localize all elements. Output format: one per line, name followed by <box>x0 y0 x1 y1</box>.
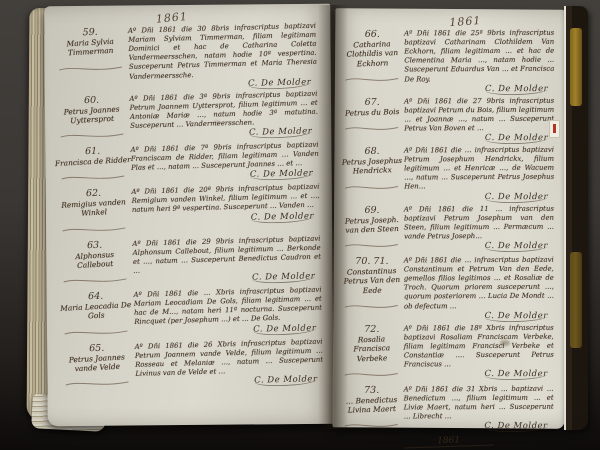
register-entry: 73. … Benedictus Livina Maert Aº Dñi 186… <box>340 384 558 433</box>
entry-margin: 68. Petrus Josephus Hendrickx <box>340 146 404 202</box>
entry-body-column: Aº Dñi 1861 die … Xbris infrascriptus ba… <box>134 287 327 340</box>
spine-label-mark <box>553 124 556 133</box>
entry-signature: C. De Molder <box>404 241 558 251</box>
entry-text: Aº Dñi 1861 die … Xbris infrascriptus ba… <box>133 286 326 328</box>
entry-body-column: Aº Dñi 1861 die 18ª Xbris infrascriptus … <box>404 324 558 382</box>
entry-text: Aº Dñi 1861 die 26 Xbris infrascriptus b… <box>135 337 328 379</box>
entry-body-column: Aº Dñi 1861 die 26 Xbris infrascriptus b… <box>135 338 328 391</box>
register-entry: 72. Rosalia Francisca Verbeke Aº Dñi 186… <box>340 324 558 382</box>
register-entry: 67. Petrus du Bois Aº Dñi 1861 die 27 9b… <box>340 96 558 143</box>
right-page-footer-year: 1861 <box>403 435 493 449</box>
entry-person-name: Rosalia Francisca Verbeke <box>339 334 404 364</box>
entry-number: 73. <box>340 384 404 395</box>
entry-signature: C. De Molder <box>404 84 558 94</box>
register-entry: 60. Petrus Joannes Uyttersprot Aº Dñi 18… <box>53 90 322 144</box>
left-page: 1861 59. Maria Sylvia Timmerman Aº Dñi 1… <box>44 4 334 426</box>
register-entry: 70. 71. Constantinus Petrus Van den Eede… <box>340 256 558 321</box>
gilt-page-edge <box>570 28 582 106</box>
flourish-line <box>344 422 399 429</box>
entry-text: Aº Dñi 1861 die 18ª Xbris infrascriptus … <box>404 323 558 369</box>
flourish-line <box>345 76 400 83</box>
entry-margin: 63. Alphonsus Callebout <box>57 239 134 289</box>
entry-signature: C. De Molder <box>404 421 558 431</box>
entry-body-column: Aº Dñi 1861 die … infrascriptus baptizav… <box>404 146 558 202</box>
entry-margin: 66. Catharina Clothildis van Eckhorn <box>340 29 404 94</box>
entry-person-name: Petrus Joseph. van den Steen <box>340 214 405 235</box>
entry-margin: 72. Rosalia Francisca Verbeke <box>340 324 404 382</box>
entry-margin: 62. Remigius vanden Winkel <box>55 188 132 238</box>
entry-text: Aº Dñi 1861 die … infrascriptus baptizav… <box>404 256 558 311</box>
entry-margin: 67. Petrus du Bois <box>340 96 404 143</box>
register-entry: 62. Remigius vanden Winkel Aº Dñi 1861 d… <box>55 184 324 238</box>
entry-person-name: Catharina Clothildis van Eckhorn <box>340 39 405 69</box>
flourish-line <box>60 131 125 139</box>
entry-body-column: Aº Dñi 1861 die 11 … infrascriptus bapti… <box>404 205 558 254</box>
flourish-line <box>344 242 399 249</box>
flourish-line <box>345 183 400 190</box>
entry-person-name: Petrus Joannes Uyttersprot <box>53 104 130 127</box>
entry-margin: 73. … Benedictus Livina Maert <box>340 384 404 433</box>
register-entry: 64. Maria Leocadia De Gols Aº Dñi 1861 d… <box>58 287 327 341</box>
entry-body-column: Aº Dñi 1861 die 29 9bris infrascriptus b… <box>132 235 325 288</box>
entry-margin: 70. 71. Constantinus Petrus Van den Eede <box>340 256 404 321</box>
entry-text: Aº Dñi 1861 die 27 9bris infrascriptus b… <box>404 96 558 133</box>
register-entry: 61. Francisca de Ridder Aº Dñi 1861 die … <box>55 141 324 186</box>
entry-signature: C. De Molder <box>404 311 558 321</box>
flourish-line <box>64 328 129 336</box>
entry-margin: 60. Petrus Joannes Uyttersprot <box>53 94 130 144</box>
gilt-page-edge <box>570 252 582 348</box>
entry-number: 69. <box>340 204 404 215</box>
entry-number: 67. <box>340 96 404 107</box>
entry-person-name: Maria Sylvia Timmerman <box>52 36 129 59</box>
flourish-line <box>344 370 399 377</box>
register-entry: 63. Alphonsus Callebout Aº Dñi 1861 die … <box>57 235 326 289</box>
entry-body-column: Aº Dñi 1861 die 27 9bris infrascriptus b… <box>404 97 558 144</box>
flourish-line <box>65 380 130 388</box>
entry-text: Aº Dñi 1861 die 25ª 9bris infrascriptus … <box>404 29 558 84</box>
entry-signature: C. De Molder <box>404 133 558 143</box>
flourish-line <box>344 303 399 310</box>
flourish-line <box>63 277 128 285</box>
entry-text: Aº Dñi 1861 die 11 … infrascriptus bapti… <box>404 204 558 241</box>
book-gutter-shadow <box>318 5 348 429</box>
entry-body-column: Aº Dñi 1861 die 25ª 9bris infrascriptus … <box>404 29 558 94</box>
entry-body-column: Aº Dñi 1861 die 7ª 9bris infrascriptus b… <box>131 141 324 184</box>
entry-person-name: Petrus du Bois <box>340 106 404 117</box>
flourish-line <box>62 225 127 233</box>
register-entry: 69. Petrus Joseph. van den Steen Aº Dñi … <box>340 204 558 253</box>
entry-text: Aº Dñi 1861 die 3ª 9bris infrascriptus b… <box>129 89 322 131</box>
entry-text: Aº Dñi 1861 die 7ª 9bris infrascriptus b… <box>130 141 323 174</box>
entry-margin: 64. Maria Leocadia De Gols <box>58 291 135 341</box>
entry-person-name: Petrus Josephus Hendrickx <box>340 156 405 177</box>
entry-person-name: … Benedictus Livina Maert <box>339 394 404 415</box>
entry-person-name: Maria Leocadia De Gols <box>58 300 135 323</box>
entry-person-name: Remigius vanden Winkel <box>55 197 132 220</box>
entry-body-column: Aº Dñi 1861 die 30 8bris infrascriptus b… <box>128 22 321 91</box>
ink-blot <box>500 340 510 346</box>
entry-body-column: Aº Dñi 1861 die 20ª 9bris infrascriptus … <box>131 184 324 237</box>
entry-body-column: Aº Dñi 1861 die … infrascriptus baptizav… <box>404 256 558 321</box>
register-entry: 66. Catharina Clothildis van Eckhorn Aº … <box>340 29 558 94</box>
entry-signature: C. De Molder <box>404 369 558 379</box>
entry-person-name: Alphonsus Callebout <box>56 249 133 272</box>
entry-number: 72. <box>340 324 404 335</box>
flourish-line <box>60 174 125 182</box>
right-page-entries: 66. Catharina Clothildis van Eckhorn Aº … <box>340 29 559 433</box>
left-page-entries: 59. Maria Sylvia Timmerman Aº Dñi 1861 d… <box>52 22 328 392</box>
entry-signature: C. De Molder <box>404 192 558 202</box>
register-entry: 65. Petrus Joannes vande Velde Aº Dñi 18… <box>59 338 328 392</box>
entry-body-column: Aº Dñi 1861 die 31 Xbris … baptizavi … B… <box>404 384 558 433</box>
flourish-line <box>345 125 400 132</box>
entry-text: Aº Dñi 1861 die 29 9bris infrascriptus b… <box>132 234 325 276</box>
entry-margin: 69. Petrus Joseph. van den Steen <box>340 204 404 253</box>
spine-label <box>549 120 560 138</box>
entry-text: Aº Dñi 1861 die 30 8bris infrascriptus b… <box>128 22 321 82</box>
entry-margin: 61. Francisca de Ridder <box>55 145 132 186</box>
entry-person-name: Petrus Joannes vande Velde <box>59 352 136 375</box>
entry-text: Aº Dñi 1861 die … infrascriptus baptizav… <box>404 146 558 192</box>
entry-text: Aº Dñi 1861 die 31 Xbris … baptizavi … B… <box>404 384 558 421</box>
ink-blot <box>214 120 220 124</box>
entry-person-name: Constantinus Petrus Van den Eede <box>339 266 404 296</box>
photo-of-register-book: 1861 59. Maria Sylvia Timmerman Aº Dñi 1… <box>0 0 600 450</box>
entry-margin: 65. Petrus Joannes vande Velde <box>59 342 136 392</box>
flourish-line <box>58 64 123 72</box>
right-page: 1861 66. Catharina Clothildis van Eckhor… <box>333 8 568 429</box>
entry-body-column: Aº Dñi 1861 die 3ª 9bris infrascriptus b… <box>129 90 322 143</box>
register-entry: 68. Petrus Josephus Hendrickx Aº Dñi 186… <box>340 146 558 202</box>
register-entry: 59. Maria Sylvia Timmerman Aº Dñi 1861 d… <box>52 22 321 92</box>
entry-margin: 59. Maria Sylvia Timmerman <box>52 26 129 92</box>
